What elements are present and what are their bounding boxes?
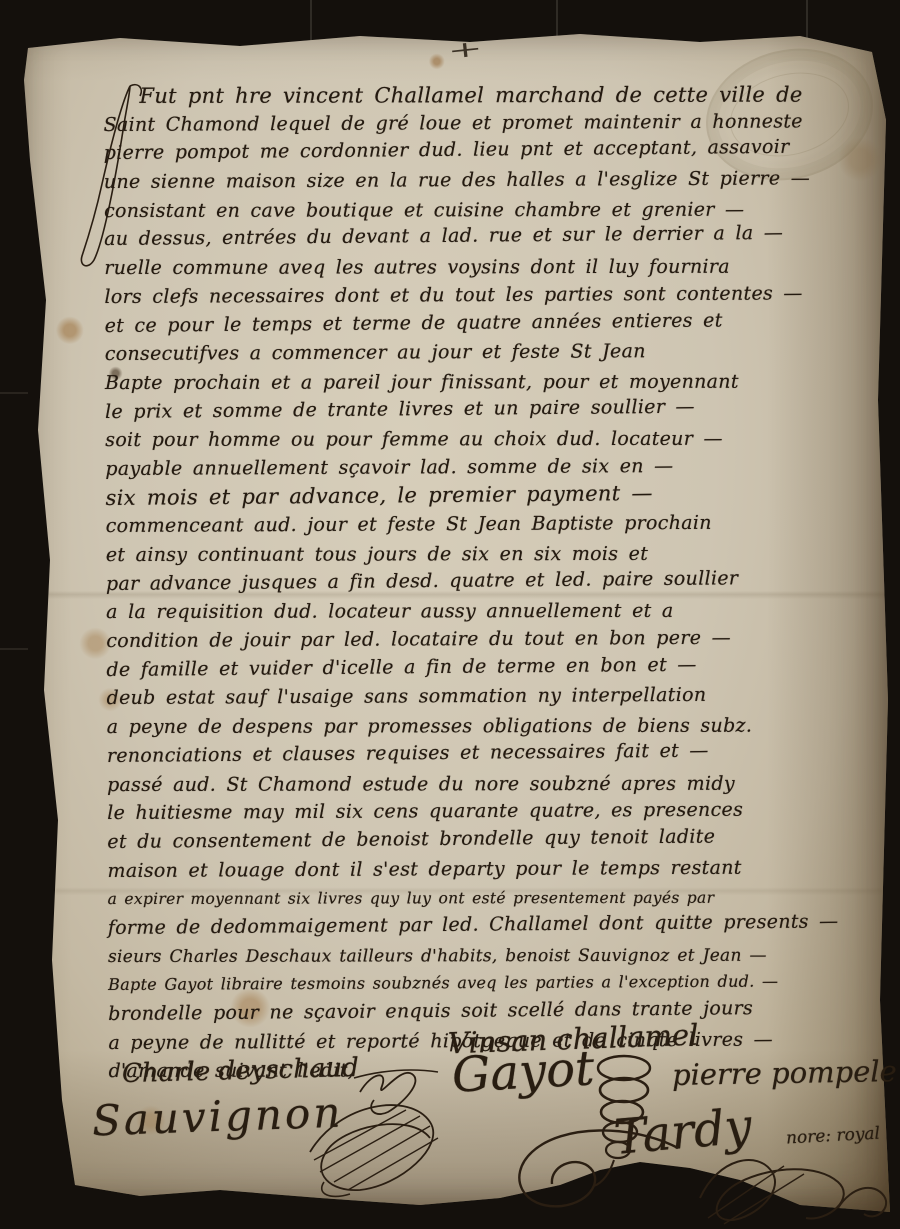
manuscript-line: commenceant aud. jour et feste St Jean B… [106,508,870,541]
deed-body-text: Fut pnt hre vincent Challamel marchand d… [103,78,872,1086]
manuscript-line: une sienne maison size en la rue des hal… [104,164,868,197]
signature: Sauvignon [91,1088,344,1146]
manuscript-line: renonciations et clauses requises et nec… [107,735,871,771]
manuscript-line: maison et louage dont il s'est departy p… [107,853,871,886]
manuscript-line: pierre pompot me cordonnier dud. lieu pn… [104,132,868,168]
signature: Gayot [451,1040,596,1103]
photographed-manuscript: + Fut pnt hre vincent Challamel marchand… [0,0,900,1229]
signature: Charle deyschaud [122,1053,360,1089]
manuscript-line: par advance jusques a fin desd. quatre e… [106,563,870,599]
manuscript-line: sieurs Charles Deschaux tailleurs d'habi… [108,941,872,971]
backdrop-seam [0,392,28,394]
manuscript-line: brondelle pour ne sçavoir enquis soit sc… [108,993,872,1029]
manuscript-line: a la requisition dud. locateur aussy ann… [106,597,870,627]
manuscript-line: soit pour homme ou pour femme au choix d… [105,425,869,455]
invocation-cross-mark: + [446,36,483,65]
manuscript-line: de famille et vuider d'icelle a fin de t… [106,649,870,685]
backdrop-seam [0,648,28,650]
manuscript-line: six mois et par advance, le premier paym… [105,477,869,513]
manuscript-line: le prix et somme de trante livres et un … [105,391,869,427]
manuscript-line: ruelle commune aveq les autres voysins d… [104,253,868,283]
manuscript-line: passé aud. St Chamond estude du nore sou… [107,769,871,799]
manuscript-line: forme de dedommaigement par led. Challam… [108,907,872,943]
signature: Tardy [612,1098,754,1166]
manuscript-line: au dessus, entrées du devant a lad. rue … [104,219,868,255]
signature: pierre pompele [672,1054,897,1092]
manuscript-line: Fut pnt hre vincent Challamel marchand d… [103,80,867,110]
manuscript-line: consecutifves a commencer au jour et fes… [105,336,869,369]
manuscript-line: deub estat sauf l'usaige sans sommation … [107,680,871,713]
manuscript-line: et du consentement de benoist brondelle … [107,821,871,857]
